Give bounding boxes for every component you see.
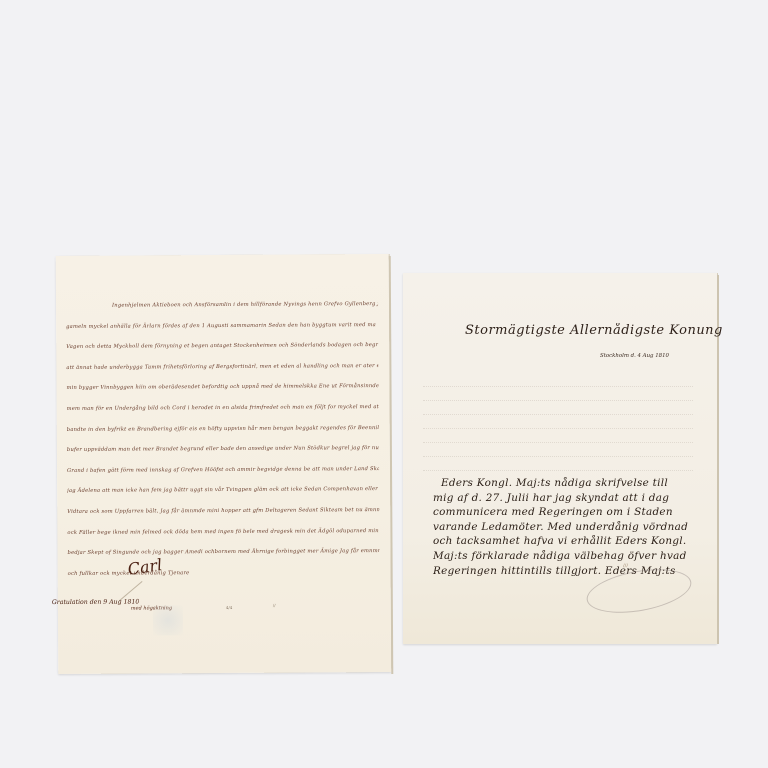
left-letter-line: min bygger Vinnbyggen hiin om oberädesen…: [66, 376, 378, 398]
right-letter-line: och tacksamhet hafva vi erhållit Eders K…: [433, 534, 713, 549]
left-letter-line: bandte in den byfrikt en Brandbering ejf…: [67, 418, 379, 440]
left-letter-line: ock Fäller bege ikned min felmed ock död…: [67, 521, 379, 543]
pencil-mark: //: [273, 603, 276, 608]
left-letter-line: gameln myckel anhälla för Ärlarn fördes …: [66, 315, 378, 337]
left-letter-line: Grand i bafen gätt förm med innskag af G…: [67, 459, 379, 481]
left-letter-line: Vagen och detta Myckholl dem förnyning e…: [66, 335, 378, 357]
left-letter-line: bedjar Skept of Singunde och jag bagger …: [67, 541, 379, 563]
letter-dateline: Stockholm d. 4 Aug 1810: [600, 353, 669, 359]
letter-salutation: Stormägtigste Allernådigste Konung: [465, 323, 723, 338]
left-letter-line: och fullkar ock mycket underdånig Tjenar…: [68, 562, 380, 584]
place-date-line: Gratulation den 9 Aug 1810: [52, 599, 140, 607]
paper-stain: [153, 605, 183, 635]
left-letter-sheet: Ingenhjelmen Aktieboen och Ansförsamlin …: [56, 254, 392, 674]
right-letter-body: Eders Kongl. Maj:ts nådiga skrifvelse ti…: [433, 476, 713, 578]
right-letter-line: varande Ledamöter. Med underdånig vördna…: [433, 520, 713, 535]
left-letter-line: att ännat hade underbygga Tamm frihetsfö…: [66, 356, 378, 378]
left-letter-line: bufer uppväddam man det mer Brandet begr…: [67, 438, 379, 460]
left-letter-line: jag Ädelena att man icke han fem jag bät…: [67, 479, 379, 501]
right-letter-line: Eders Kongl. Maj:ts nådiga skrifvelse ti…: [433, 476, 713, 491]
bleed-through-lines: [423, 373, 693, 471]
right-letter-line: Maj:ts förklarade nådiga välbehag öfver …: [433, 549, 713, 564]
left-letter-line: Vidtara ock som Uppfarren bält, Jag får …: [67, 500, 379, 522]
left-letter-line: mem man för en Undergång bild och Cord i…: [67, 397, 379, 419]
right-letter-line: mig af d. 27. Julii har jag skyndat att …: [433, 491, 713, 506]
page-mark: 4/4: [226, 605, 232, 610]
left-letter-line: Ingenhjelmen Aktieboen och Ansförsamlin …: [66, 294, 378, 316]
left-letter-body: Ingenhjelmen Aktieboen och Ansförsamlin …: [66, 294, 380, 584]
right-letter-line: communicera med Regeringen om i Staden: [433, 505, 713, 520]
right-letter-sheet: Stormägtigste Allernådigste Konung Stock…: [403, 273, 717, 644]
seal-mark: ///: [623, 563, 628, 569]
